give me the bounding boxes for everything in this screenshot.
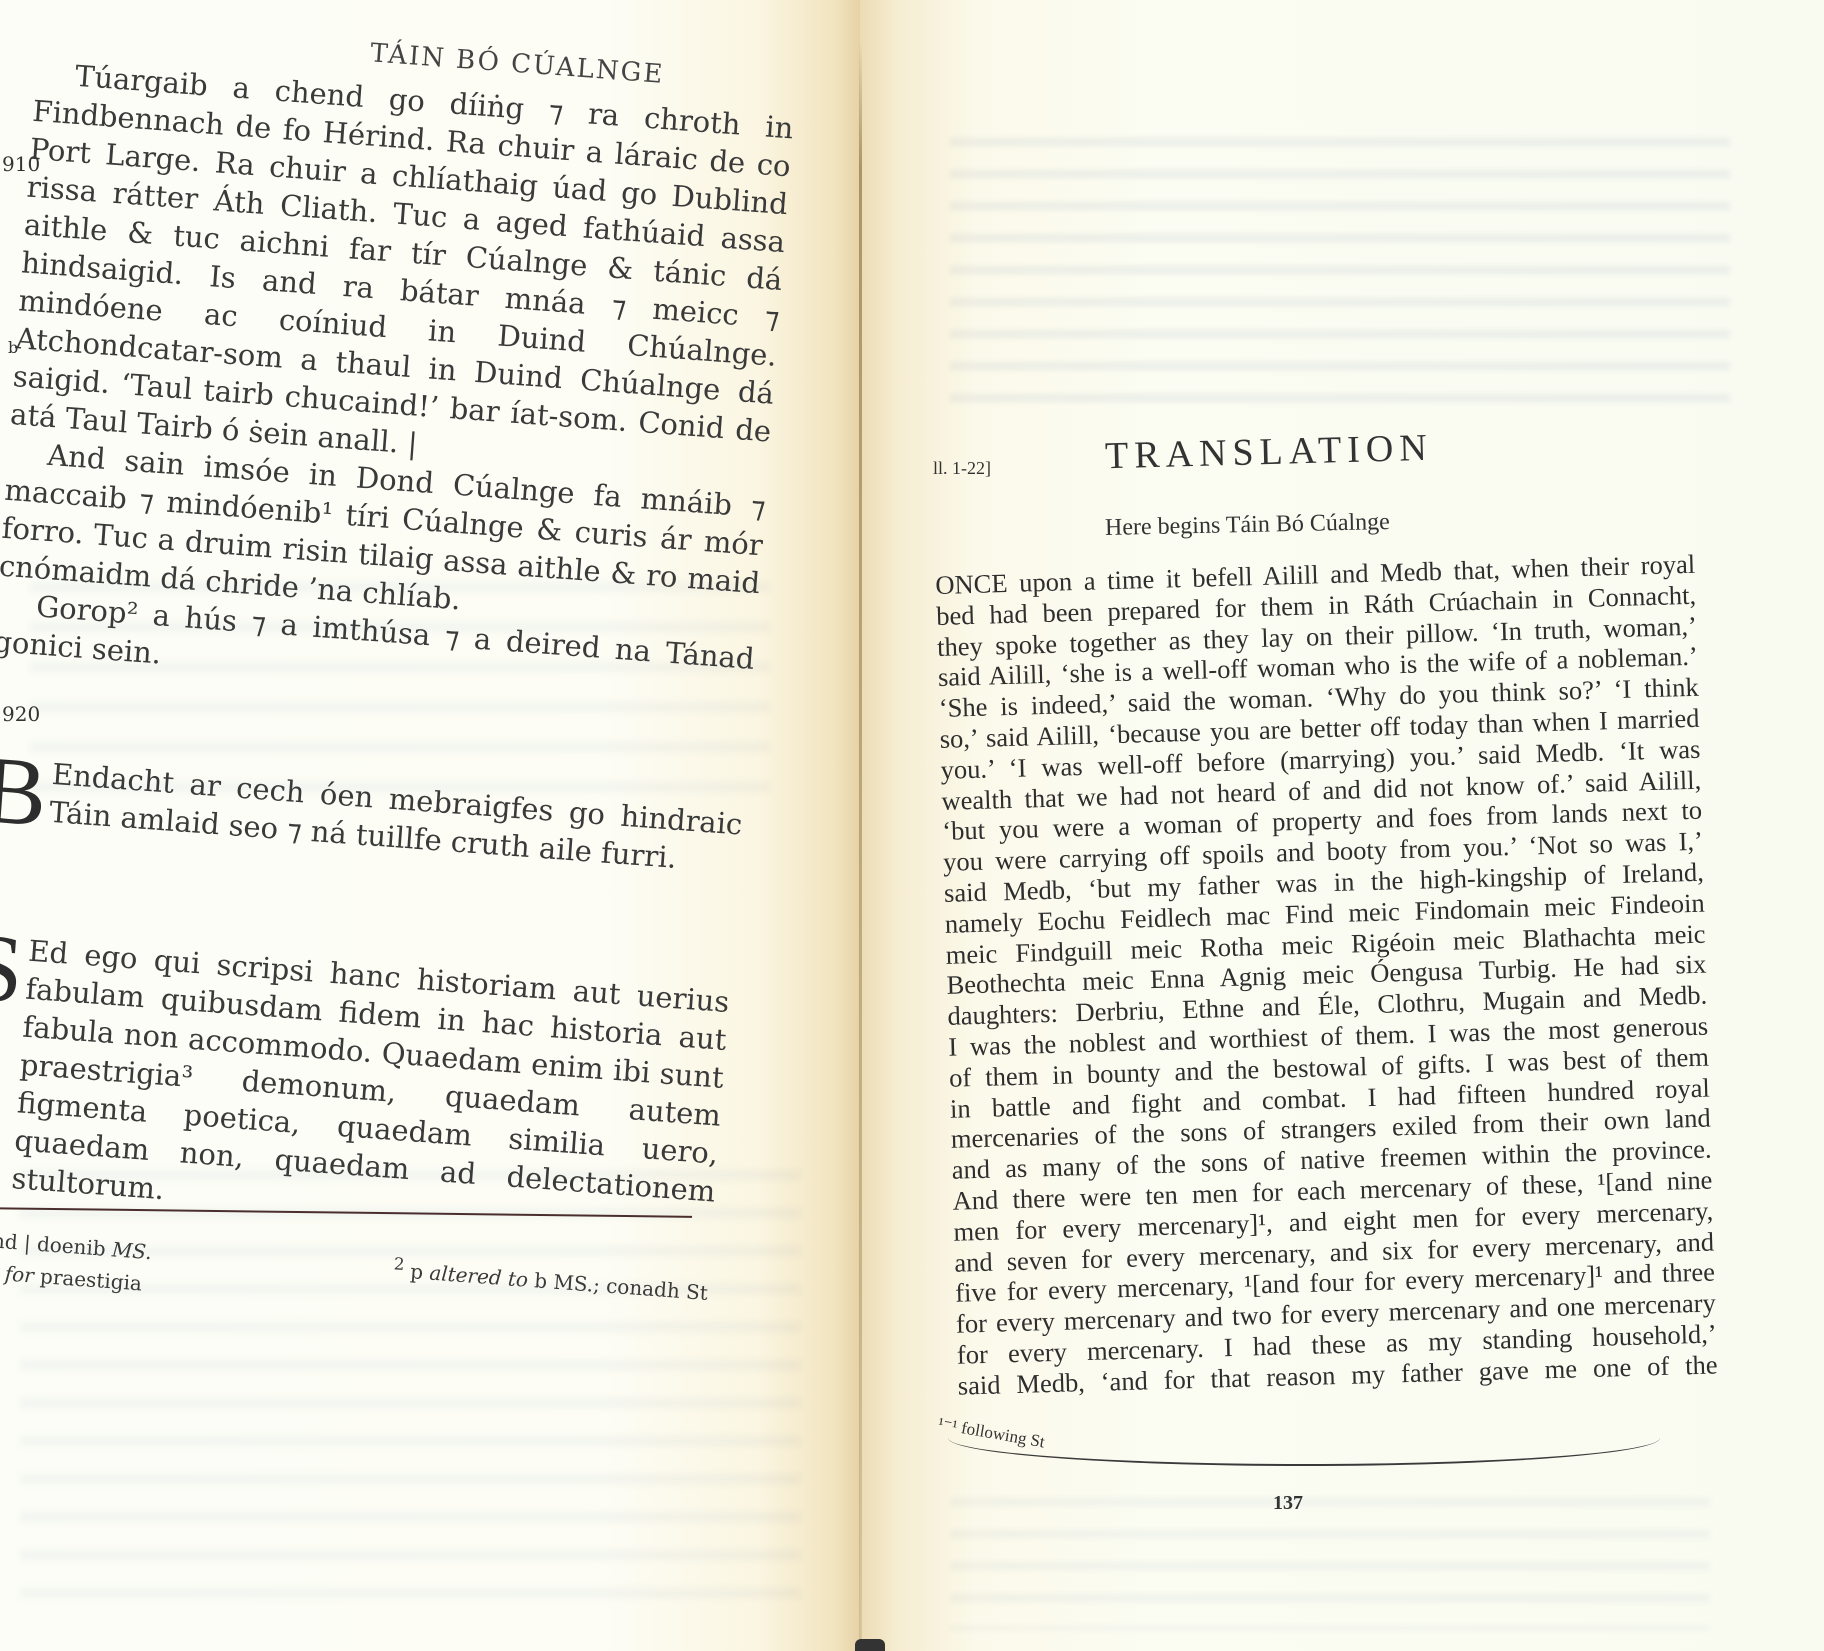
page-number: 137 bbox=[1273, 1492, 1303, 1515]
book-spread: TÁIN BÓ CÚALNGE Túargaib a chend go díiṅ… bbox=[0, 0, 1824, 1651]
margin-line-number: 920 bbox=[2, 702, 40, 726]
show-through-text bbox=[950, 1480, 1710, 1630]
irish-paragraph-1: Túargaib a chend go díiṅg ⁊ ra chroth in… bbox=[9, 54, 795, 489]
latin-text: Ed ego qui scripsi hanc historiam aut ue… bbox=[10, 932, 730, 1249]
blessing-text: Endacht ar cech óen mebraigfes go hindra… bbox=[48, 755, 744, 881]
translation-text: ONCE upon a time it befell Ailill and Me… bbox=[935, 549, 1718, 1401]
dropcap-b: B bbox=[0, 750, 50, 832]
blessing-block: B Endacht ar cech óen mebraigfes go hind… bbox=[0, 750, 744, 883]
show-through-text bbox=[950, 120, 1730, 420]
margin-line-number: 910 bbox=[2, 152, 40, 176]
page-title: TRANSLATION bbox=[1104, 426, 1433, 479]
line-reference: ll. 1-22] bbox=[933, 458, 991, 479]
dropcap-s: S bbox=[0, 928, 26, 1010]
latin-colophon: S Ed ego qui scripsi hanc historiam aut … bbox=[0, 928, 731, 1249]
irish-text-column: TÁIN BÓ CÚALNGE Túargaib a chend go díiṅ… bbox=[0, 10, 798, 1338]
folio-marker: b bbox=[8, 338, 18, 357]
book-gutter bbox=[859, 40, 862, 1640]
spine-shadow bbox=[855, 1639, 885, 1651]
